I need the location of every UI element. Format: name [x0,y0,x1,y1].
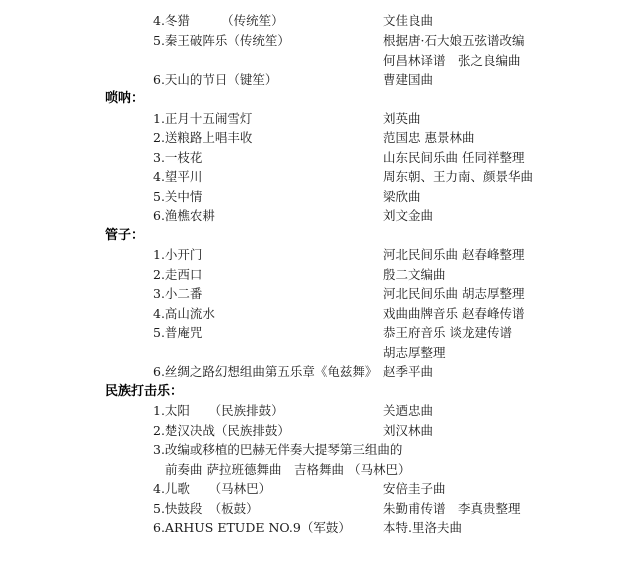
piece-composer: 曹建国曲 [383,70,433,89]
piece-composer: 文佳良曲 [383,11,433,30]
piece-title: 3.小二番 [153,284,202,303]
piece-title: 4.望平川 [153,167,202,186]
piece-title: 5.关中情 [153,187,202,206]
piece-composer: 安倍圭子曲 [383,479,446,498]
piece-composer: 刘英曲 [383,109,421,128]
piece-composer: 根据唐·石大娘五弦谱改编 [383,31,524,50]
piece-title: 1.小开门 [153,245,202,264]
piece-composer: 刘文金曲 [383,206,433,225]
piece-title: 4.儿歌 （马林巴） [153,479,271,498]
piece-composer: 朱勤甫传谱 李真贵整理 [383,499,521,518]
piece-title: 4.冬猎 （传统笙） [153,11,284,30]
piece-composer: 关迺忠曲 [383,401,433,420]
section-heading-percussion: 民族打击乐： [105,382,183,401]
piece-composer-continued: 胡志厚整理 [383,343,446,362]
piece-title: 6.丝绸之路幻想组曲第五乐章《龟兹舞》 [153,362,377,381]
piece-composer: 梁欣曲 [383,187,421,206]
piece-title: 1.太阳 （民族排鼓） [153,401,284,420]
piece-title: 1.正月十五闹雪灯 [153,109,252,128]
piece-composer: 殷二文编曲 [383,265,446,284]
piece-title: 6.渔樵农耕 [153,206,215,225]
piece-composer: 戏曲曲牌音乐 赵春峰传谱 [383,304,524,323]
piece-composer: 本特.里洛夫曲 [383,518,462,537]
piece-title: 4.高山流水 [153,304,215,323]
piece-composer: 赵季平曲 [383,362,433,381]
piece-composer: 河北民间乐曲 赵春峰整理 [383,245,524,264]
piece-title: 5.普庵咒 [153,323,202,342]
document-page: 4.冬猎 （传统笙） 文佳良曲 5.秦王破阵乐（传统笙） 根据唐·石大娘五弦谱改… [0,0,624,583]
section-heading-suona: 唢呐： [105,89,144,108]
piece-composer: 周东朝、王力南、颜景华曲 [383,167,533,186]
piece-title: 2.走西口 [153,265,202,284]
piece-composer: 恭王府音乐 谈龙建传谱 [383,323,512,342]
piece-title: 2.楚汉决战（民族排鼓） [153,421,290,440]
piece-title-continued: 前奏曲 萨拉班德舞曲 吉格舞曲 （马林巴） [165,460,410,479]
piece-composer: 山东民间乐曲 任同祥整理 [383,148,524,167]
piece-composer: 范国忠 惠景林曲 [383,128,474,147]
piece-composer-continued: 何昌林译谱 张之良编曲 [383,51,521,70]
piece-composer: 刘汉林曲 [383,421,433,440]
piece-title: 3.改编或移植的巴赫无伴奏大提琴第三组曲的 [153,440,402,459]
piece-title: 5.快鼓段 （板鼓） [153,499,259,518]
piece-title: 5.秦王破阵乐（传统笙） [153,31,290,50]
piece-title: 6.天山的节日（键笙） [153,70,277,89]
piece-title: 3.一枝花 [153,148,202,167]
piece-composer: 河北民间乐曲 胡志厚整理 [383,284,524,303]
section-heading-guanzi: 管子： [105,226,144,245]
piece-title: 2.送粮路上唱丰收 [153,128,252,147]
piece-title: 6.ARHUS ETUDE NO.9（军鼓） [153,518,351,537]
